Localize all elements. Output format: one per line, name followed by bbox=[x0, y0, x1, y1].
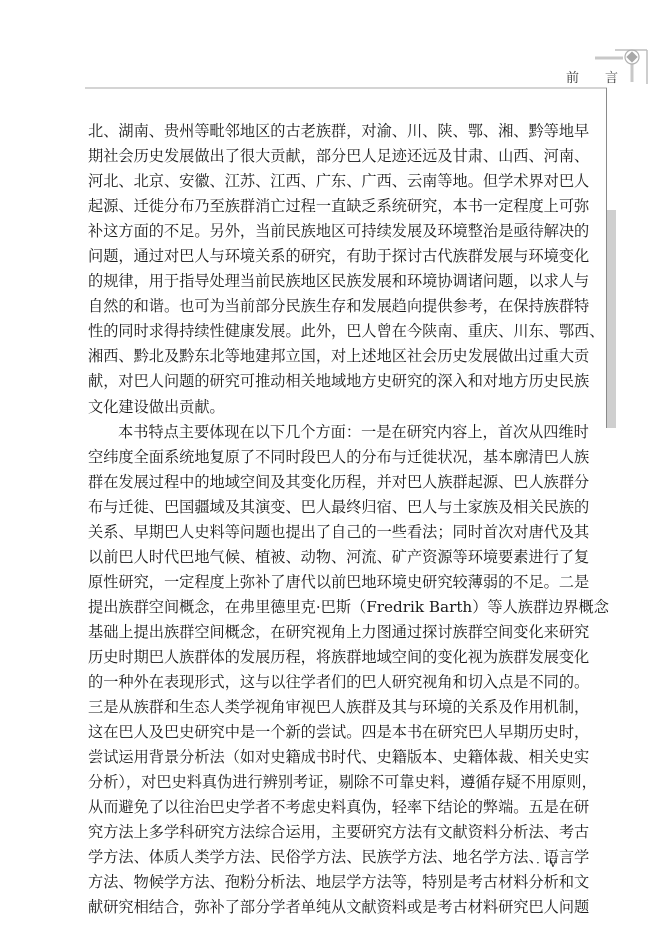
text-line: 北、湖南、贵州等毗邻地区的古老族群，对渝、川、陕、鄂、湘、黔等地早 bbox=[88, 119, 566, 144]
text-line: 历史时期巴人族群体的发展历程，将族群地域空间的变化视为族群发展变化 bbox=[88, 645, 566, 670]
header-char-1: 前 bbox=[566, 67, 579, 86]
text-line: 问题，通过对巴人与环境关系的研究，有助于探讨古代族群发展与环境变化 bbox=[88, 244, 566, 269]
text-line: 学方法、体质人类学方法、民俗学方法、民族学方法、地名学方法、语言学 bbox=[88, 845, 566, 870]
text-line: 献，对巴人问题的研究可推动相关地域地方史研究的深入和对地方历史民族 bbox=[88, 369, 566, 394]
text-line: 三是从族群和生态人类学视角审视巴人族群及其与环境的关系及作用机制， bbox=[88, 695, 566, 720]
text-line: 的一种外在表现形式，这与以往学者们的巴人研究视角和切入点是不同的。 bbox=[88, 670, 566, 695]
text-line: 基础上提出族群空间概念，在研究视角上力图通过探讨族群空间变化来研究 bbox=[88, 620, 566, 645]
text-line: 布与迁徙、巴国疆域及其演变、巴人最终归宿、巴人与土家族及相关民族的 bbox=[88, 495, 566, 520]
text-line: 提出族群空间概念，在弗里德里克·巴斯（Fredrik Barth）等人族群边界概… bbox=[88, 595, 566, 620]
text-line: 尝试运用背景分析法（如对史籍成书时代、史籍版本、史籍体裁、相关史实 bbox=[88, 745, 566, 770]
text-line: 从而避免了以往治巴史学者不考虑史料真伪，轻率下结论的弊端。五是在研 bbox=[88, 795, 566, 820]
corner-ornament-icon bbox=[595, 48, 649, 84]
text-line: 文化建设做出贡献。 bbox=[88, 395, 566, 420]
text-line: 补这方面的不足。另外，当前民族地区可持续发展及环境整治是亟待解决的 bbox=[88, 219, 566, 244]
text-line: 起源、迁徙分布乃至族群消亡过程一直缺乏系统研究，本书一定程度上可弥 bbox=[88, 194, 566, 219]
margin-tab-bar bbox=[607, 210, 616, 428]
text-line: 关系、早期巴人史料等问题也提出了自己的一些看法；同时首次对唐代及其 bbox=[88, 520, 566, 545]
page-number: · v · bbox=[536, 856, 573, 870]
text-line: 方法、物候学方法、孢粉分析法、地层学方法等，特别是考古材料分析和文 bbox=[88, 870, 566, 895]
text-line: 自然的和谐。也可为当前部分民族生存和发展趋向提供参考，在保持族群特 bbox=[88, 294, 566, 319]
header-rule bbox=[85, 87, 607, 89]
text-line: 本书特点主要体现在以下几个方面：一是在研究内容上，首次从四维时 bbox=[88, 420, 566, 445]
text-line: 的规律，用于指导处理当前民族地区民族发展和环境协调诸问题，以求人与 bbox=[88, 269, 566, 294]
text-line: 湘西、黔北及黔东北等地建邦立国，对上述地区社会历史发展做出过重大贡 bbox=[88, 344, 566, 369]
body-text: 北、湖南、贵州等毗邻地区的古老族群，对渝、川、陕、鄂、湘、黔等地早 期社会历史发… bbox=[88, 119, 566, 921]
text-line: 这在巴人及巴史研究中是一个新的尝试。四是本书在研究巴人早期历史时， bbox=[88, 720, 566, 745]
text-line: 献研究相结合，弥补了部分学者单纯从文献资料或是考古材料研究巴人问题 bbox=[88, 895, 566, 920]
text-line: 性的同时求得持续性健康发展。此外，巴人曾在今陕南、重庆、川东、鄂西、 bbox=[88, 319, 566, 344]
text-line: 以前巴人时代巴地气候、植被、动物、河流、矿产资源等环境要素进行了复 bbox=[88, 545, 566, 570]
text-line: 群在发展过程中的地域空间及其变化历程，并对巴人族群起源、巴人族群分 bbox=[88, 470, 566, 495]
text-line: 原性研究，一定程度上弥补了唐代以前巴地环境史研究较薄弱的不足。二是 bbox=[88, 570, 566, 595]
book-page: 前言 北、湖南、贵州等毗邻地区的古老族群，对渝、川、陕、鄂、湘、黔等地早 期社会… bbox=[0, 0, 661, 926]
text-line: 期社会历史发展做出了很大贡献，部分巴人足迹还远及甘肃、山西、河南、 bbox=[88, 144, 566, 169]
text-line: 究方法上多学科研究方法综合运用，主要研究方法有文献资料分析法、考古 bbox=[88, 820, 566, 845]
text-line: 分析），对巴史料真伪进行辨别考证，剔除不可靠史料，遵循存疑不用原则， bbox=[88, 770, 566, 795]
text-line: 空纬度全面系统地复原了不同时段巴人的分布与迁徙状况，基本廓清巴人族 bbox=[88, 445, 566, 470]
text-line: 河北、北京、安徽、江苏、江西、广东、广西、云南等地。但学术界对巴人 bbox=[88, 169, 566, 194]
